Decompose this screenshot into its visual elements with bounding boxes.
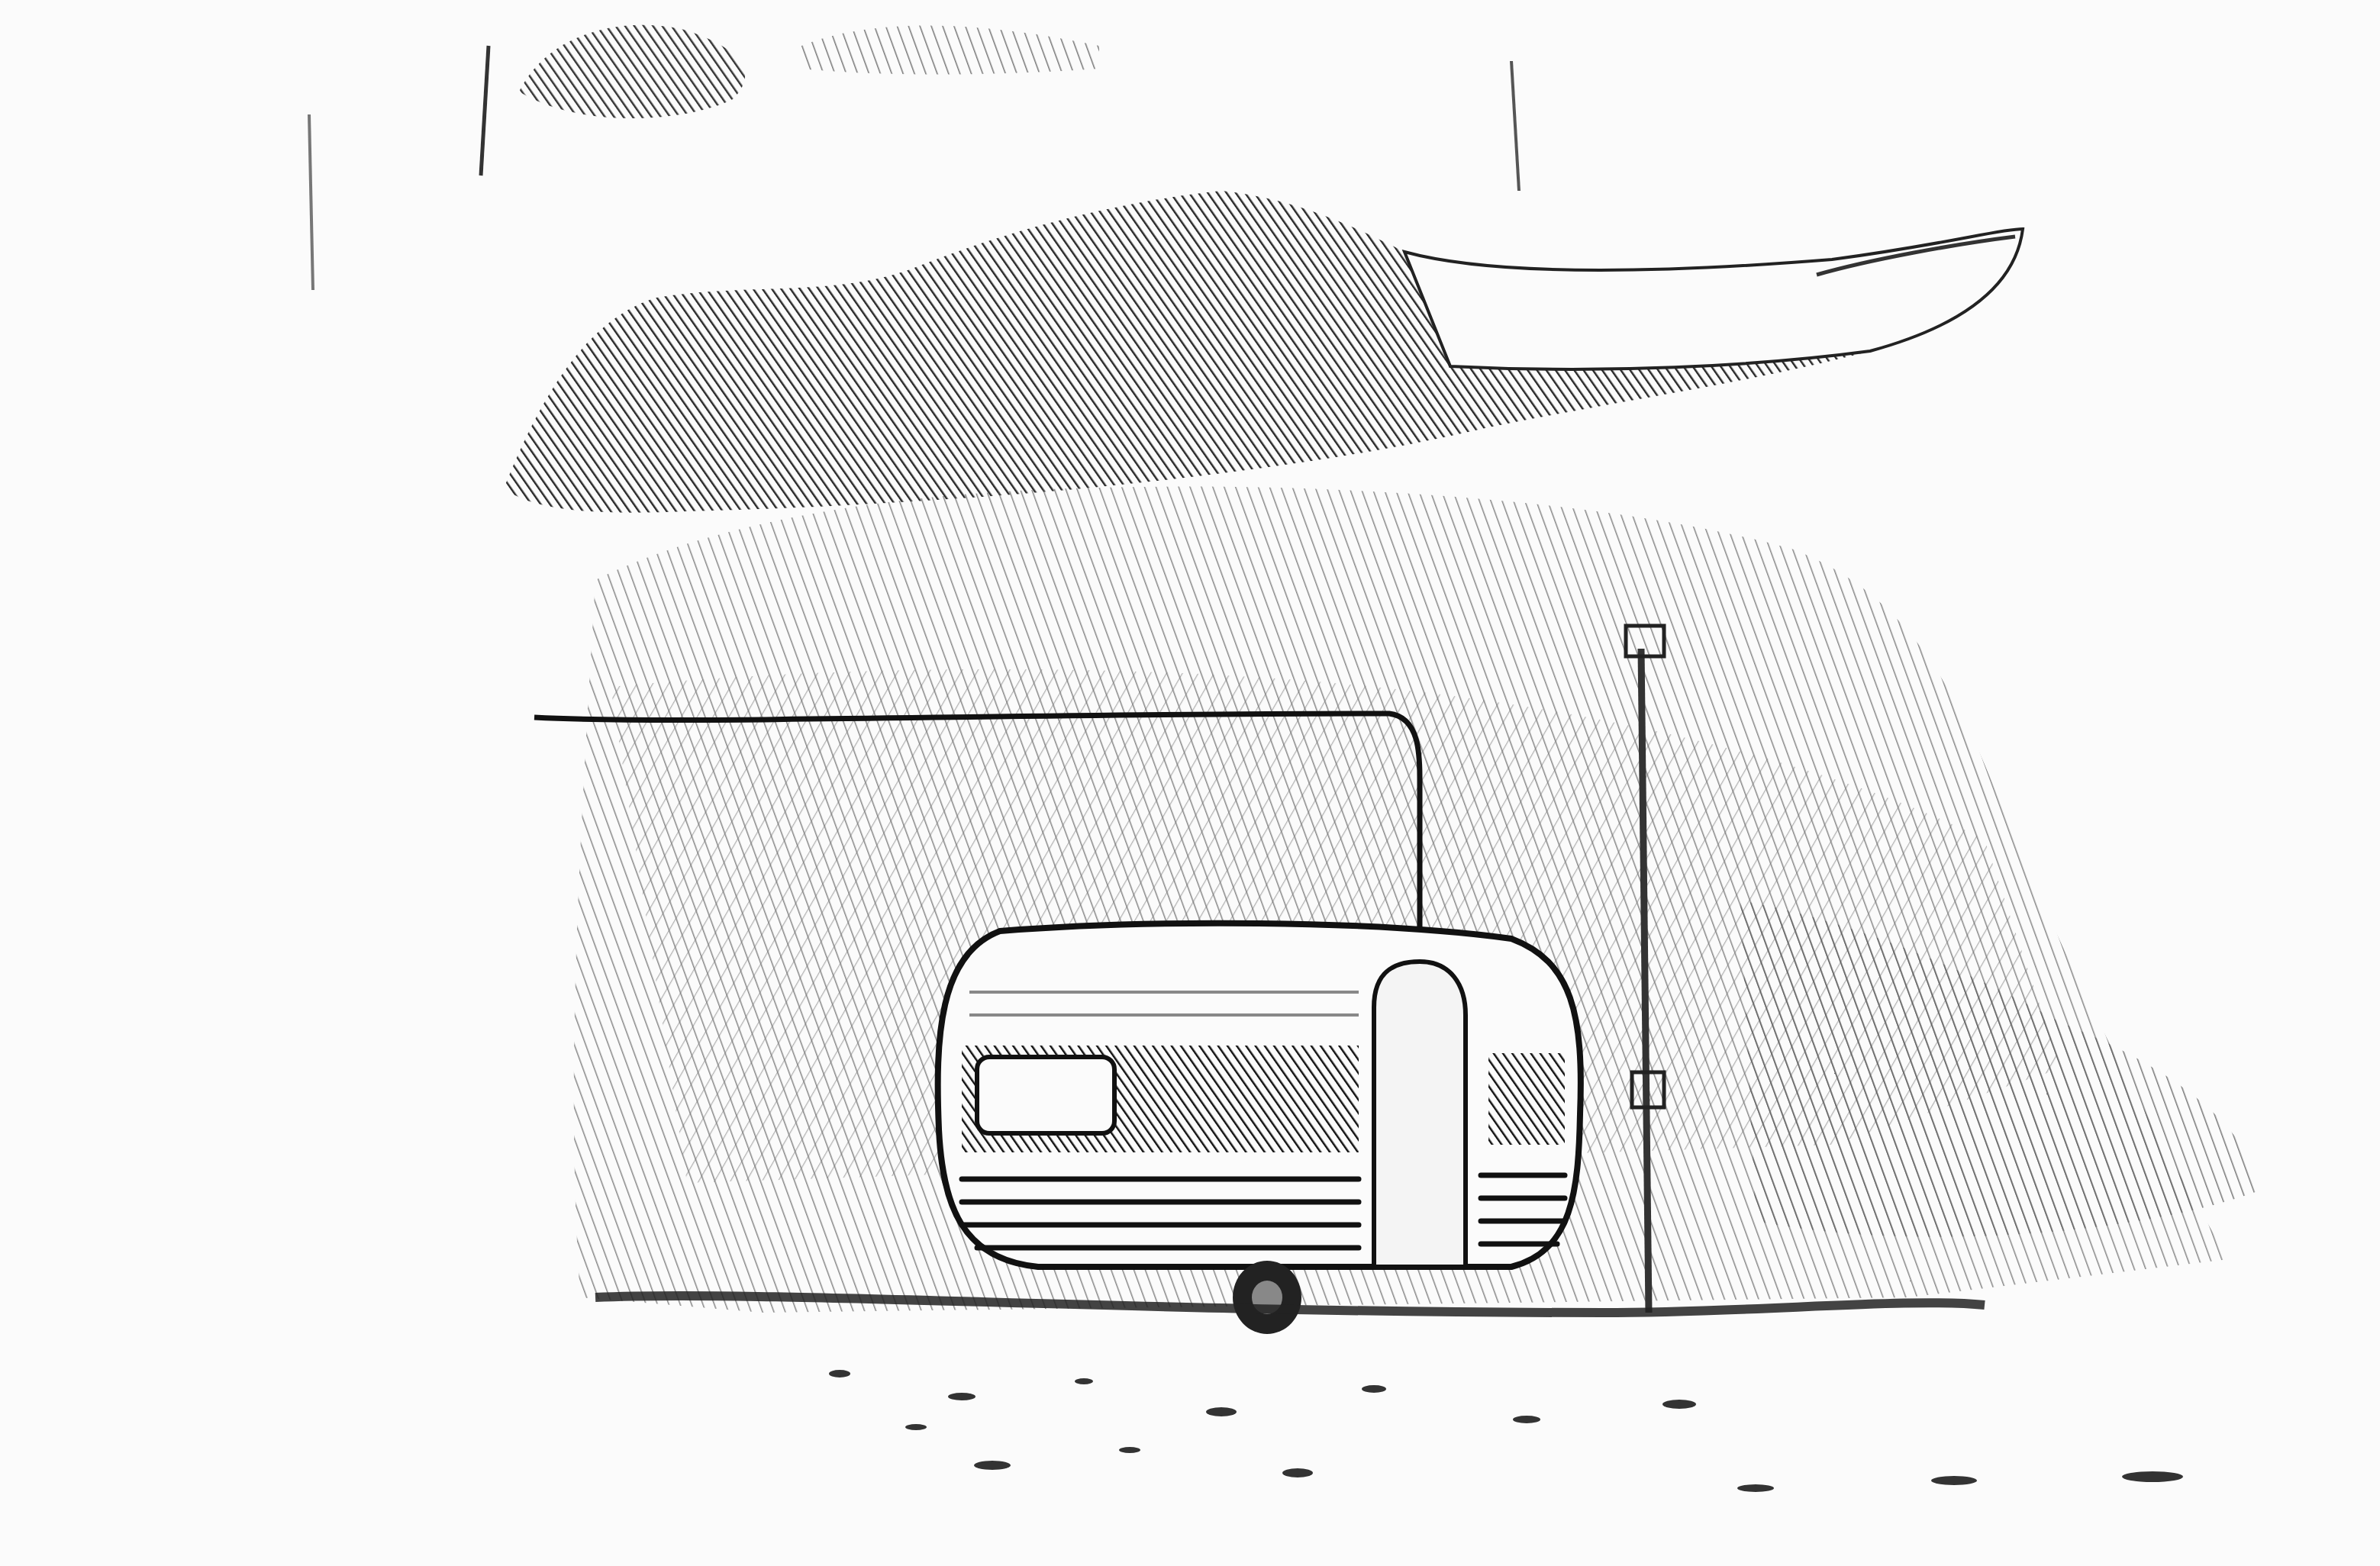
caravan bbox=[938, 923, 1581, 1267]
sketch-canvas: Monochrome hand-drawn sketch of a small … bbox=[0, 0, 2380, 1566]
sketch-drawing bbox=[0, 0, 2380, 1566]
caravan-wheel bbox=[1233, 1261, 1301, 1334]
rocky-ridge bbox=[504, 191, 2023, 513]
gravel-ground bbox=[595, 1296, 2183, 1492]
